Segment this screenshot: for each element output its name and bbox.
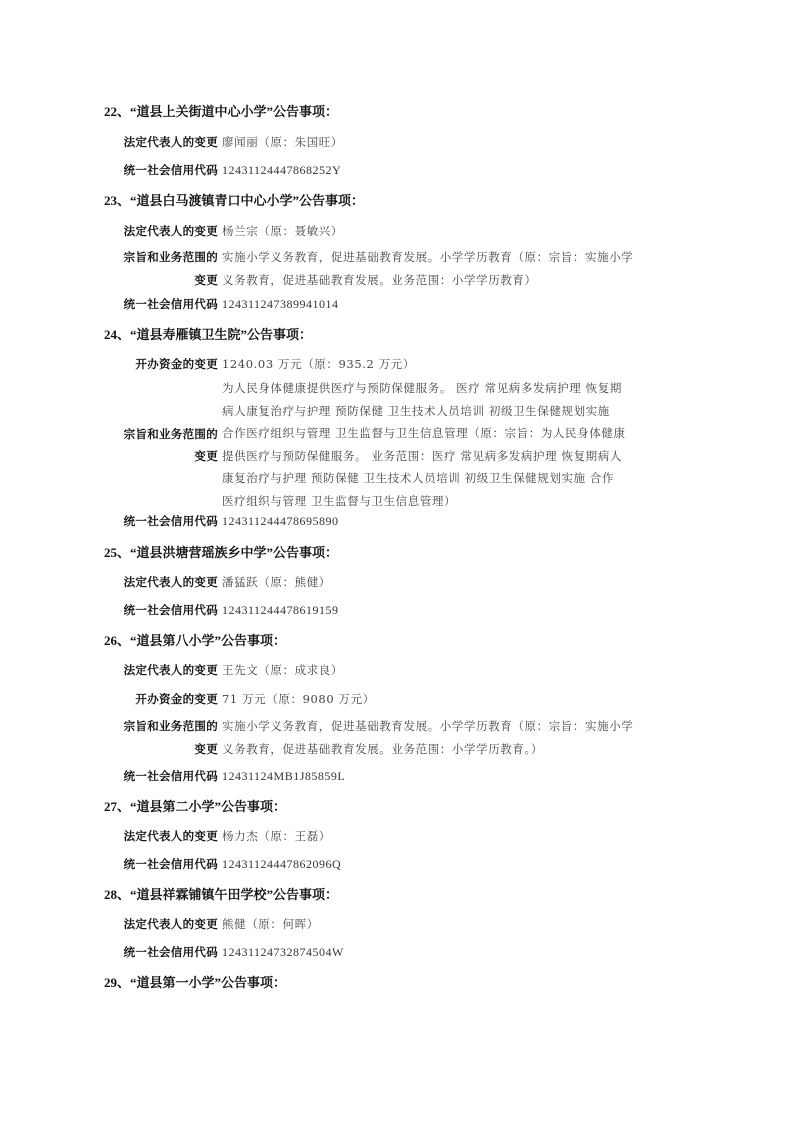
field-value: 为人民身体健康提供医疗与预防保健服务。 医疗 常见病多发病护理 恢复期 病人康复… (218, 377, 694, 512)
field-value: 124311244478695890 (218, 510, 694, 533)
section-heading-25: 25、“道县洪塘营瑶族乡中学”公告事项： (104, 544, 338, 562)
field-value: 12431124MB1J85859L (218, 765, 694, 788)
field-label: 统一社会信用代码 (104, 293, 218, 316)
field-label: 法定代表人的变更 (104, 913, 218, 936)
value-line: 义务教育，促进基础教育发展。业务范围：小学学历教育） (222, 269, 694, 292)
legal-rep-row-26: 法定代表人的变更 王先文（原：成求良） (104, 659, 694, 682)
label-line: 宗旨和业务范围的 (104, 715, 218, 738)
legal-rep-row-25: 法定代表人的变更 潘猛跃（原：熊健） (104, 571, 694, 594)
section-heading-29: 29、“道县第一小学”公告事项： (104, 974, 286, 992)
section-heading-28: 28、“道县祥霖铺镇午田学校”公告事项： (104, 886, 338, 904)
field-value: 12431124447862096Q (218, 853, 694, 876)
legal-rep-row-27: 法定代表人的变更 杨力杰（原：王磊） (104, 825, 694, 848)
label-line: 宗旨和业务范围的 (104, 423, 218, 446)
value-line: 康复治疗与护理 预防保健 卫生技术人员培训 初级卫生保健规划实施 合作 (222, 467, 694, 490)
credit-code-row-27: 统一社会信用代码 12431124447862096Q (104, 853, 694, 876)
field-value: 实施小学义务教育，促进基础教育发展。小学学历教育（原：宗旨：实施小学 义务教育，… (218, 715, 694, 760)
credit-code-row-25: 统一社会信用代码 124311244478619159 (104, 599, 694, 622)
field-value: 潘猛跃（原：熊健） (218, 571, 694, 594)
field-value: 王先文（原：成求良） (218, 659, 694, 682)
scope-row-24: 宗旨和业务范围的 变更 为人民身体健康提供医疗与预防保健服务。 医疗 常见病多发… (104, 377, 694, 512)
field-value: 杨兰宗（原：聂敏兴） (218, 220, 694, 243)
credit-code-row-26: 统一社会信用代码 12431124MB1J85859L (104, 765, 694, 788)
legal-rep-row-22: 法定代表人的变更 廖闻丽（原：朱国旺） (104, 131, 694, 154)
label-line: 变更 (104, 269, 218, 292)
credit-code-row-23: 统一社会信用代码 124311247389941014 (104, 293, 694, 316)
field-label: 法定代表人的变更 (104, 825, 218, 848)
legal-rep-row-28: 法定代表人的变更 熊健（原：何晖） (104, 913, 694, 936)
value-line: 义务教育，促进基础教育发展。业务范围：小学学历教育。） (222, 738, 694, 761)
field-label: 统一社会信用代码 (104, 765, 218, 788)
field-value: 124311244478619159 (218, 599, 694, 622)
field-label: 统一社会信用代码 (104, 510, 218, 533)
field-label: 法定代表人的变更 (104, 659, 218, 682)
field-value: 实施小学义务教育，促进基础教育发展。小学学历教育（原：宗旨：实施小学 义务教育，… (218, 246, 694, 291)
label-line: 宗旨和业务范围的 (104, 246, 218, 269)
field-label: 开办资金的变更 (104, 353, 218, 376)
label-line: 变更 (104, 738, 218, 761)
credit-code-row-24: 统一社会信用代码 124311244478695890 (104, 510, 694, 533)
field-value: 71 万元（原：9080 万元） (218, 688, 694, 711)
section-heading-22: 22、“道县上关街道中心小学”公告事项： (104, 103, 338, 121)
legal-rep-row-23: 法定代表人的变更 杨兰宗（原：聂敏兴） (104, 220, 694, 243)
document-page: 22、“道县上关街道中心小学”公告事项： 法定代表人的变更 廖闻丽（原：朱国旺）… (0, 0, 793, 1122)
credit-code-row-22: 统一社会信用代码 12431124447868252Y (104, 159, 694, 182)
value-line: 医疗组织与管理 卫生监督与卫生信息管理） (222, 490, 694, 513)
section-heading-24: 24、“道县寿雁镇卫生院”公告事项： (104, 326, 312, 344)
section-heading-23: 23、“道县白马渡镇青口中心小学”公告事项： (104, 192, 364, 210)
capital-row-24: 开办资金的变更 1240.03 万元（原：935.2 万元） (104, 353, 694, 376)
field-value: 12431124732874504W (218, 941, 694, 964)
field-label: 宗旨和业务范围的 变更 (104, 715, 218, 760)
field-label: 开办资金的变更 (104, 688, 218, 711)
field-value: 廖闻丽（原：朱国旺） (218, 131, 694, 154)
field-value: 杨力杰（原：王磊） (218, 825, 694, 848)
field-label: 法定代表人的变更 (104, 571, 218, 594)
value-line: 合作医疗组织与管理 卫生监督与卫生信息管理（原：宗旨：为人民身体健康 (222, 422, 694, 445)
scope-row-26: 宗旨和业务范围的 变更 实施小学义务教育，促进基础教育发展。小学学历教育（原：宗… (104, 715, 694, 760)
value-line: 为人民身体健康提供医疗与预防保健服务。 医疗 常见病多发病护理 恢复期 (222, 377, 694, 400)
field-label: 统一社会信用代码 (104, 941, 218, 964)
field-value: 12431124447868252Y (218, 159, 694, 182)
capital-row-26: 开办资金的变更 71 万元（原：9080 万元） (104, 688, 694, 711)
field-label: 统一社会信用代码 (104, 853, 218, 876)
value-line: 实施小学义务教育，促进基础教育发展。小学学历教育（原：宗旨：实施小学 (222, 715, 694, 738)
section-heading-27: 27、“道县第二小学”公告事项： (104, 798, 286, 816)
field-value: 熊健（原：何晖） (218, 913, 694, 936)
field-value: 124311247389941014 (218, 293, 694, 316)
field-label: 宗旨和业务范围的 变更 (104, 246, 218, 291)
value-line: 提供医疗与预防保健服务。 业务范围：医疗 常见病多发病护理 恢复期病人 (222, 445, 694, 468)
field-label: 法定代表人的变更 (104, 220, 218, 243)
section-heading-26: 26、“道县第八小学”公告事项： (104, 632, 286, 650)
field-label: 统一社会信用代码 (104, 599, 218, 622)
value-line: 病人康复治疗与护理 预防保健 卫生技术人员培训 初级卫生保健规划实施 (222, 400, 694, 423)
field-label: 宗旨和业务范围的 变更 (104, 377, 218, 512)
field-label: 法定代表人的变更 (104, 131, 218, 154)
value-line: 实施小学义务教育，促进基础教育发展。小学学历教育（原：宗旨：实施小学 (222, 246, 694, 269)
label-line: 变更 (104, 445, 218, 468)
scope-row-23: 宗旨和业务范围的 变更 实施小学义务教育，促进基础教育发展。小学学历教育（原：宗… (104, 246, 694, 291)
credit-code-row-28: 统一社会信用代码 12431124732874504W (104, 941, 694, 964)
field-value: 1240.03 万元（原：935.2 万元） (218, 353, 694, 376)
field-label: 统一社会信用代码 (104, 159, 218, 182)
